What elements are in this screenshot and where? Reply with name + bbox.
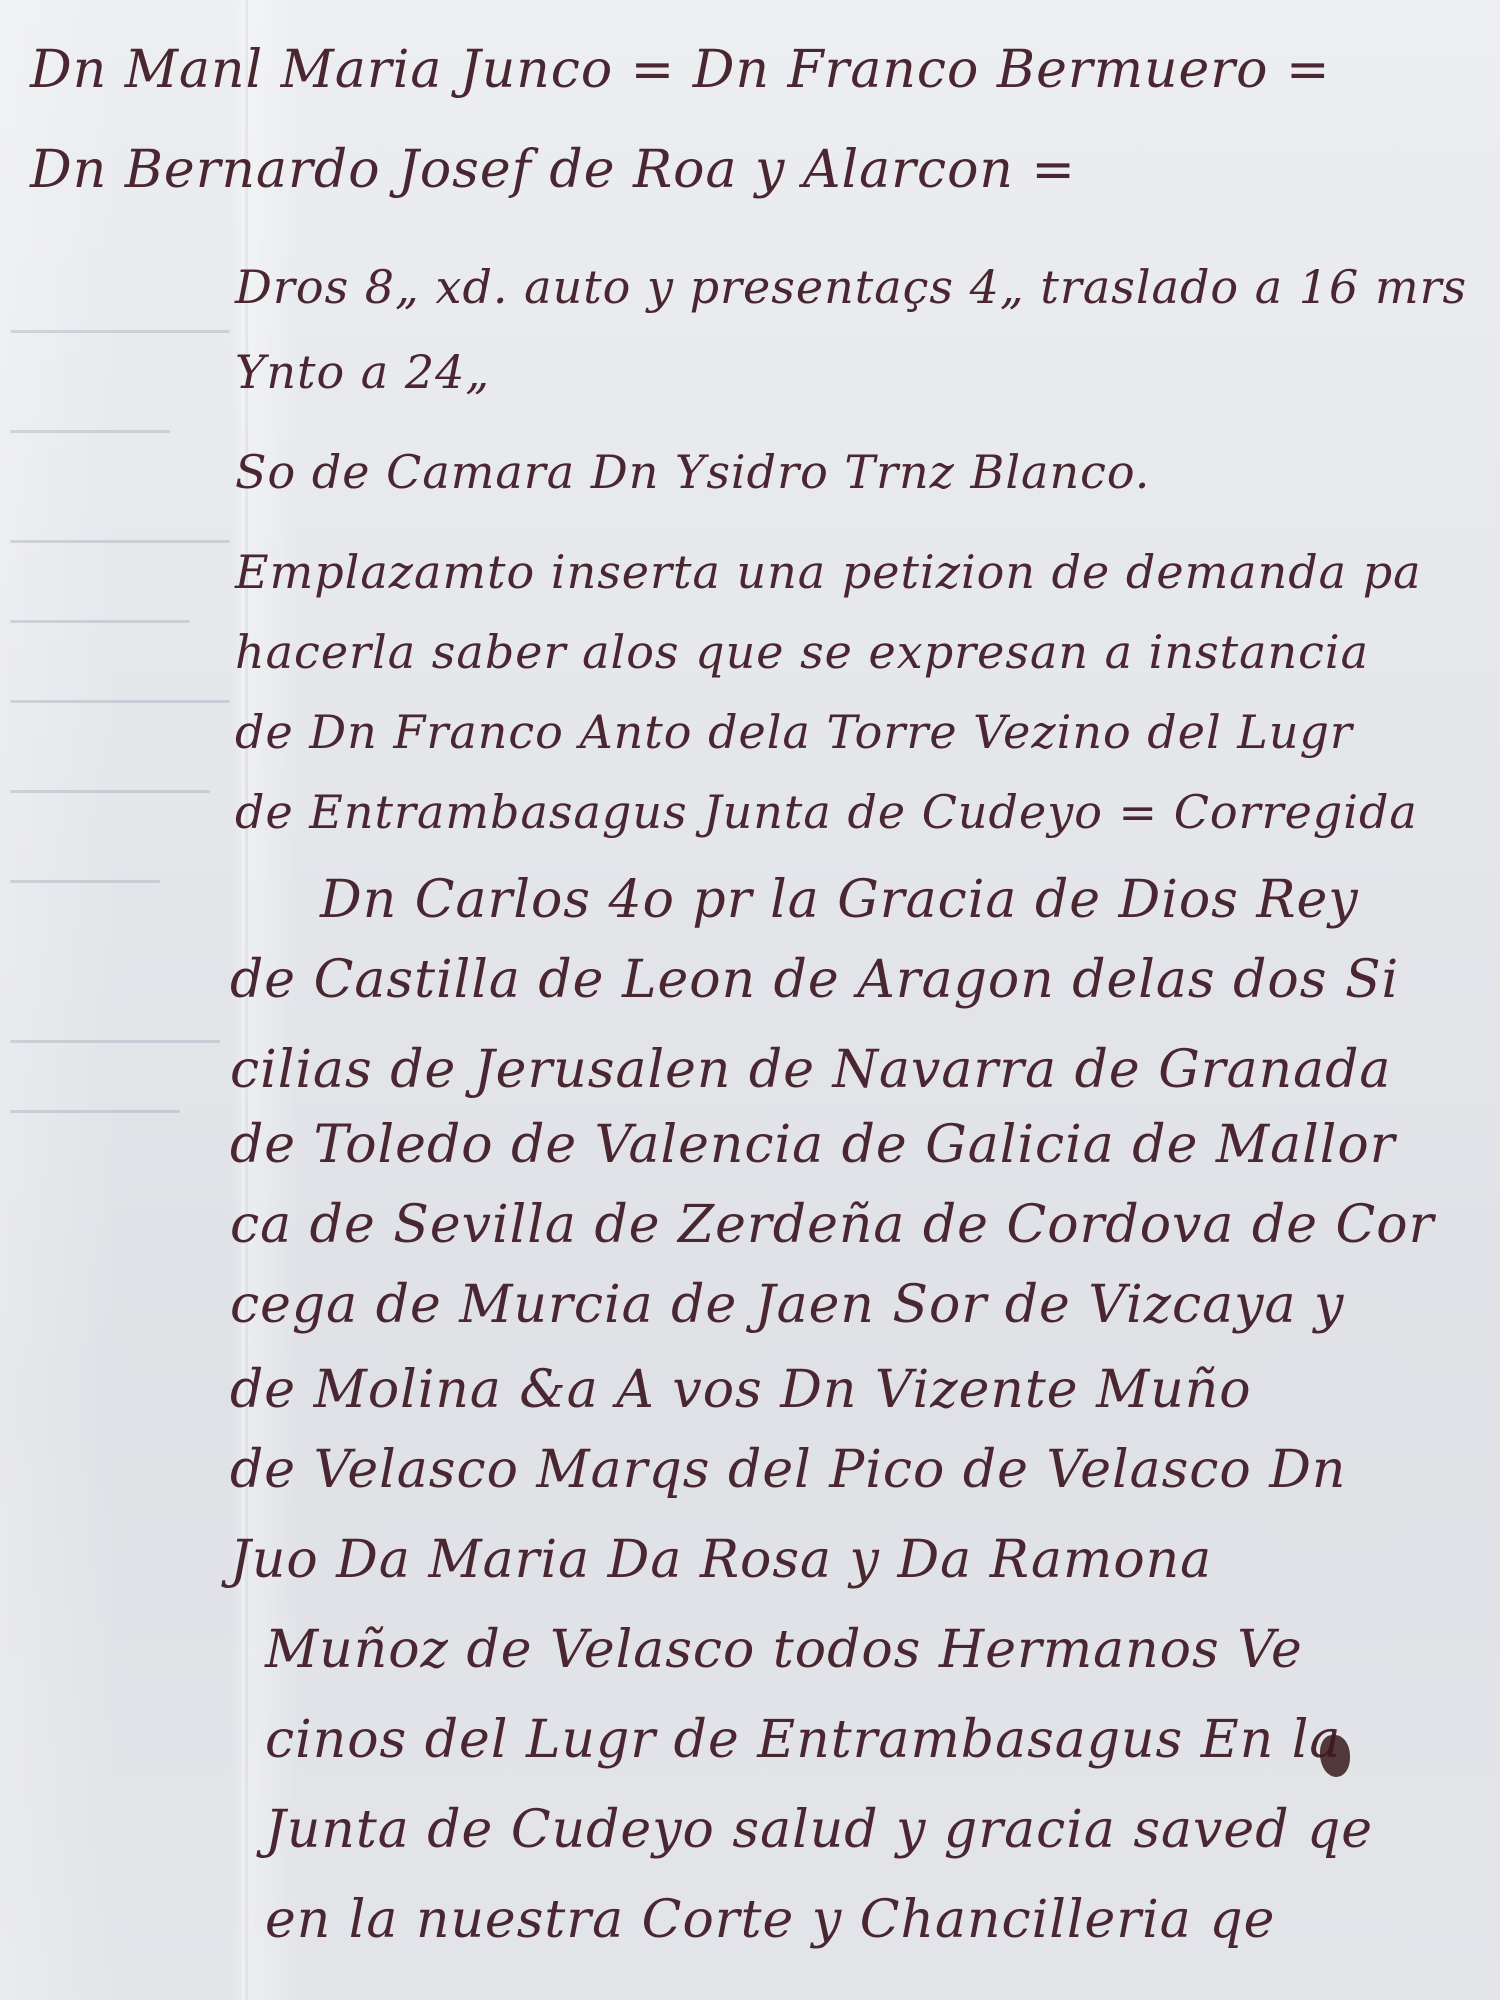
- manuscript-line: de Toledo de Valencia de Galicia de Mall…: [230, 1115, 1396, 1175]
- ink-blot: [1320, 1735, 1350, 1777]
- manuscript-line: hacerla saber alos que se expresan a ins…: [235, 625, 1369, 679]
- manuscript-line: Dn Carlos 4o pr la Gracia de Dios Rey: [320, 870, 1359, 930]
- manuscript-line: cilias de Jerusalen de Navarra de Granad…: [230, 1040, 1391, 1100]
- manuscript-line: cega de Murcia de Jaen Sor de Vizcaya y: [230, 1275, 1344, 1335]
- bleed-through-ink: [10, 430, 170, 433]
- manuscript-line: Dn Manl Maria Junco = Dn Franco Bermuero…: [30, 40, 1331, 100]
- bleed-through-ink: [10, 790, 210, 793]
- manuscript-line: de Castilla de Leon de Aragon delas dos …: [230, 950, 1399, 1010]
- manuscript-line: Junta de Cudeyo salud y gracia saved qe: [265, 1800, 1373, 1860]
- manuscript-line: Muñoz de Velasco todos Hermanos Ve: [265, 1620, 1303, 1680]
- bleed-through-ink: [10, 540, 230, 543]
- manuscript-line: en la nuestra Corte y Chancilleria qe: [265, 1890, 1275, 1950]
- manuscript-line: de Velasco Marqs del Pico de Velasco Dn: [230, 1440, 1346, 1500]
- bleed-through-ink: [10, 330, 230, 333]
- bleed-through-ink: [10, 880, 160, 883]
- manuscript-line: de Dn Franco Anto dela Torre Vezino del …: [235, 705, 1353, 759]
- bleed-through-ink: [10, 620, 190, 623]
- bleed-through-ink: [10, 700, 230, 703]
- manuscript-line: ca de Sevilla de Zerdeña de Cordova de C…: [230, 1195, 1434, 1255]
- manuscript-line: cinos del Lugr de Entrambasagus En la: [265, 1710, 1341, 1770]
- manuscript-page: Dn Manl Maria Junco = Dn Franco Bermuero…: [0, 0, 1500, 2000]
- manuscript-line: de Molina &a A vos Dn Vizente Muño: [230, 1360, 1252, 1420]
- manuscript-line: Ynto a 24„: [235, 345, 490, 399]
- bleed-through-ink: [10, 1040, 220, 1043]
- manuscript-line: Emplazamto inserta una petizion de deman…: [235, 545, 1422, 599]
- manuscript-line: Dn Bernardo Josef de Roa y Alarcon =: [30, 140, 1076, 200]
- bleed-through-ink: [10, 1110, 180, 1113]
- manuscript-line: Dros 8„ xd. auto y presentaçs 4„ traslad…: [235, 260, 1467, 314]
- manuscript-line: So de Camara Dn Ysidro Trnz Blanco.: [235, 445, 1150, 499]
- manuscript-line: de Entrambasagus Junta de Cudeyo = Corre…: [235, 785, 1418, 839]
- manuscript-line: Juo Da Maria Da Rosa y Da Ramona: [230, 1530, 1212, 1590]
